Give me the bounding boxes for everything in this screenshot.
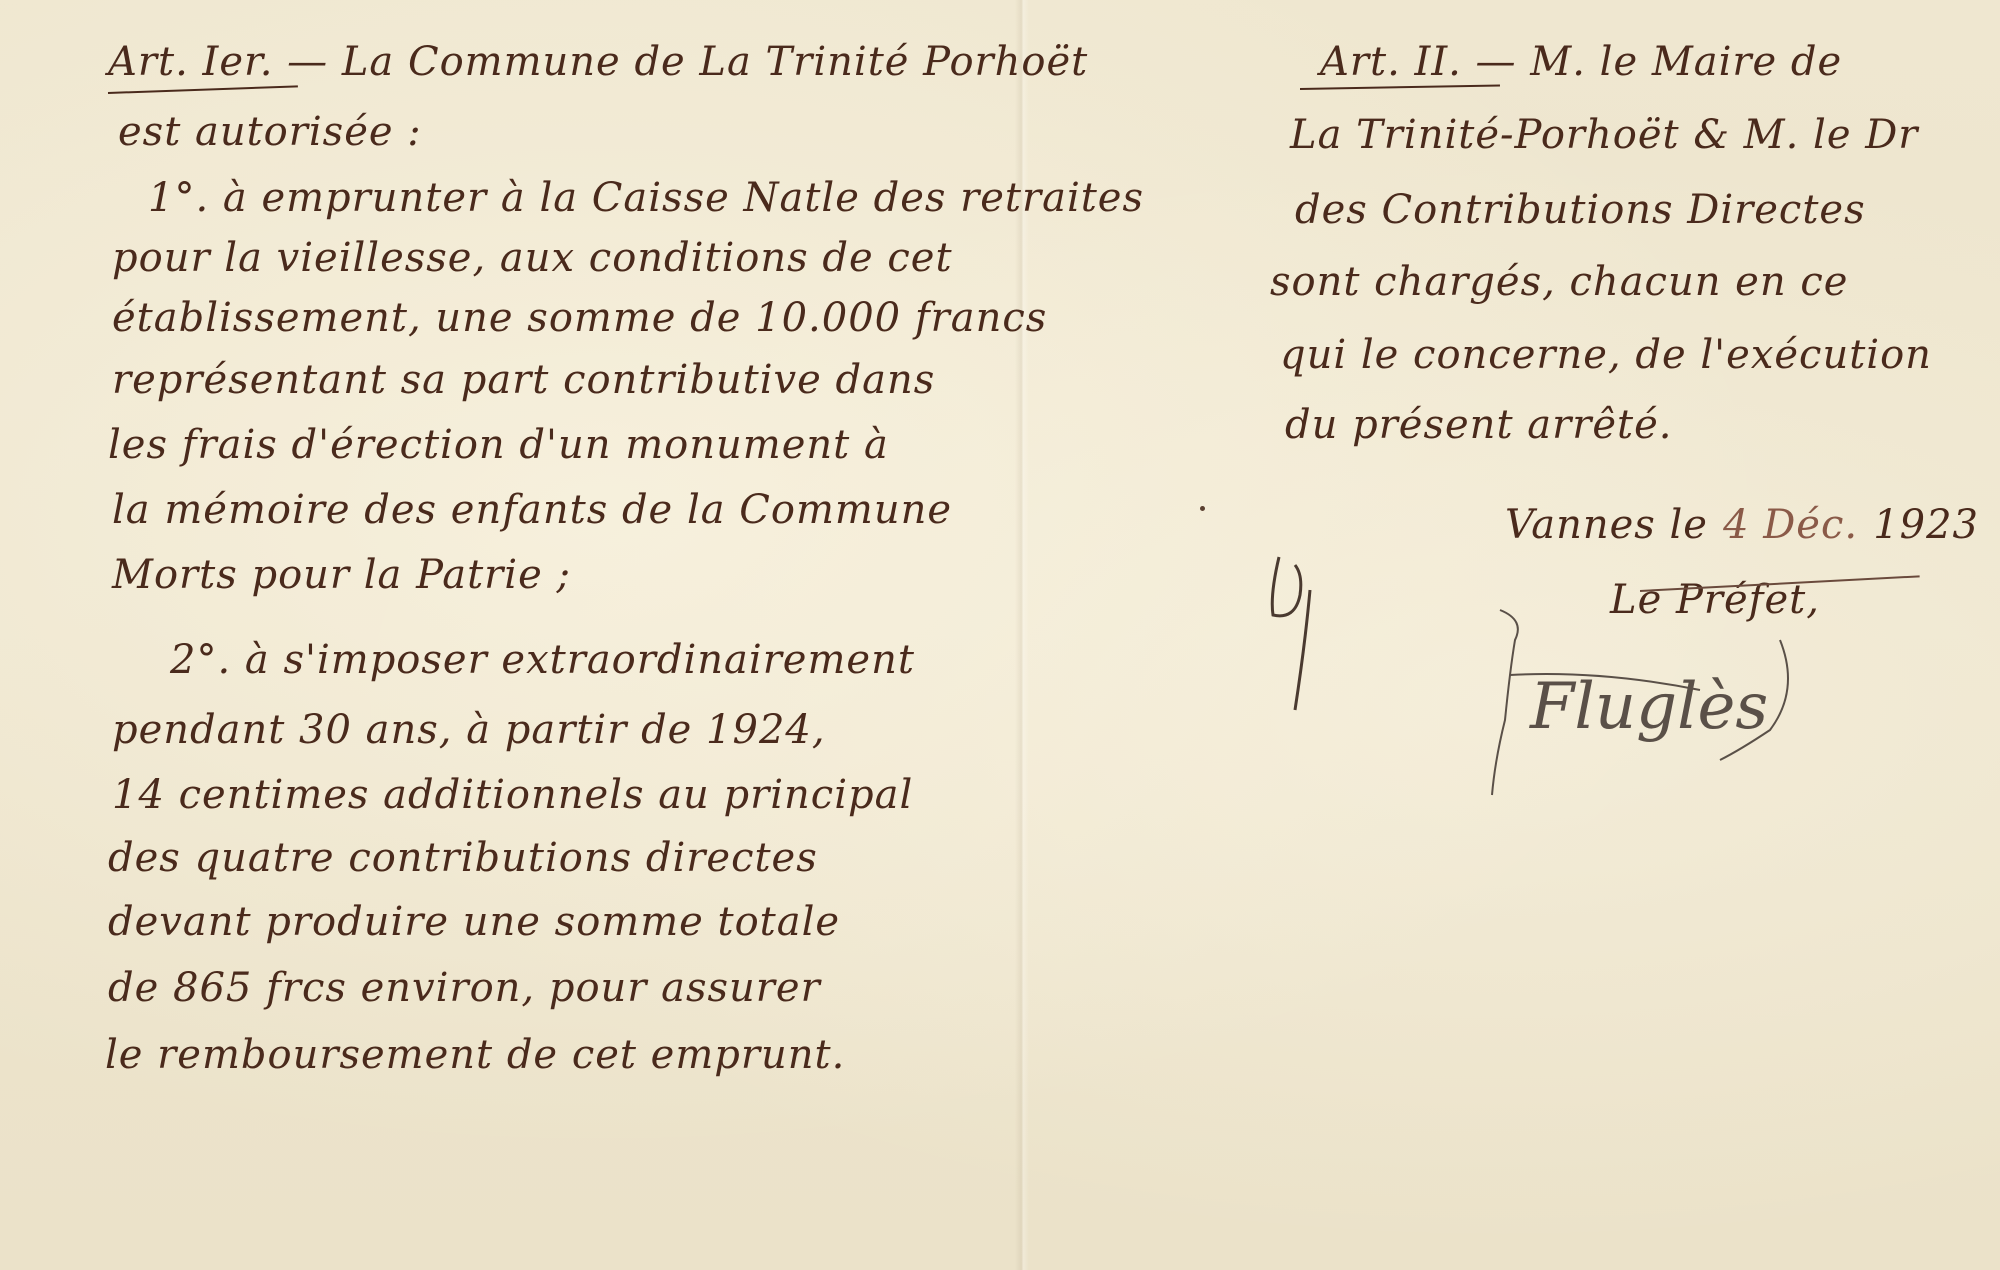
article-1-line-3: 1°. à emprunter à la Caisse Natle des re…: [148, 178, 1144, 218]
article-2-underline: [1300, 85, 1500, 90]
article-1-line-4: pour la vieillesse, aux conditions de ce…: [112, 238, 953, 278]
article-2-line-5: qui le concerne, de l'exécution: [1280, 335, 1932, 375]
article-2-line-2: La Trinité-Porhoët & M. le Dr: [1290, 115, 1918, 155]
article-1-line-15: de 865 frcs environ, pour assurer: [108, 968, 821, 1008]
article-1-line-5: établissement, une somme de 10.000 franc…: [112, 298, 1047, 338]
article-1-line-6: représentant sa part contributive dans: [112, 360, 935, 400]
article-1-line-10: 2°. à s'imposer extraordinairement: [170, 640, 915, 680]
article-2-line-3: des Contributions Directes: [1295, 190, 1866, 230]
article-1-line-1: Art. Ier. — La Commune de La Trinité Por…: [108, 42, 1088, 82]
article-1-line-14: devant produire une somme totale: [108, 902, 840, 942]
article-1-line-7: les frais d'érection d'un monument à: [108, 425, 889, 465]
place-date: Vannes le 4 Déc. 1923: [1505, 505, 1979, 545]
article-1-line-13: des quatre contributions directes: [108, 838, 818, 878]
article-1-line-9: Morts pour la Patrie ;: [112, 555, 571, 595]
signature-stroke: [1480, 600, 1840, 800]
article-2-line-4: sont chargés, chacun en ce: [1270, 262, 1848, 302]
ink-dot: [1200, 506, 1205, 511]
article-1-line-2: est autorisée :: [118, 112, 422, 152]
article-1-line-11: pendant 30 ans, à partir de 1924,: [112, 710, 826, 750]
document-page: Art. Ier. — La Commune de La Trinité Por…: [0, 0, 2000, 1270]
article-1-line-8: la mémoire des enfants de la Commune: [112, 490, 952, 530]
article-1-line-12: 14 centimes additionnels au principal: [112, 775, 913, 815]
margin-initials: [1265, 545, 1345, 715]
article-1-underline: [108, 85, 298, 94]
article-2-line-1: Art. II. — M. le Maire de: [1320, 42, 1842, 82]
article-2-line-6: du présent arrêté.: [1285, 405, 1672, 445]
article-1-line-16: le remboursement de cet emprunt.: [105, 1035, 845, 1075]
date-stamp: 4 Déc.: [1723, 502, 1858, 548]
date-year: 1923: [1873, 502, 1979, 548]
place-label: Vannes le: [1505, 502, 1708, 548]
